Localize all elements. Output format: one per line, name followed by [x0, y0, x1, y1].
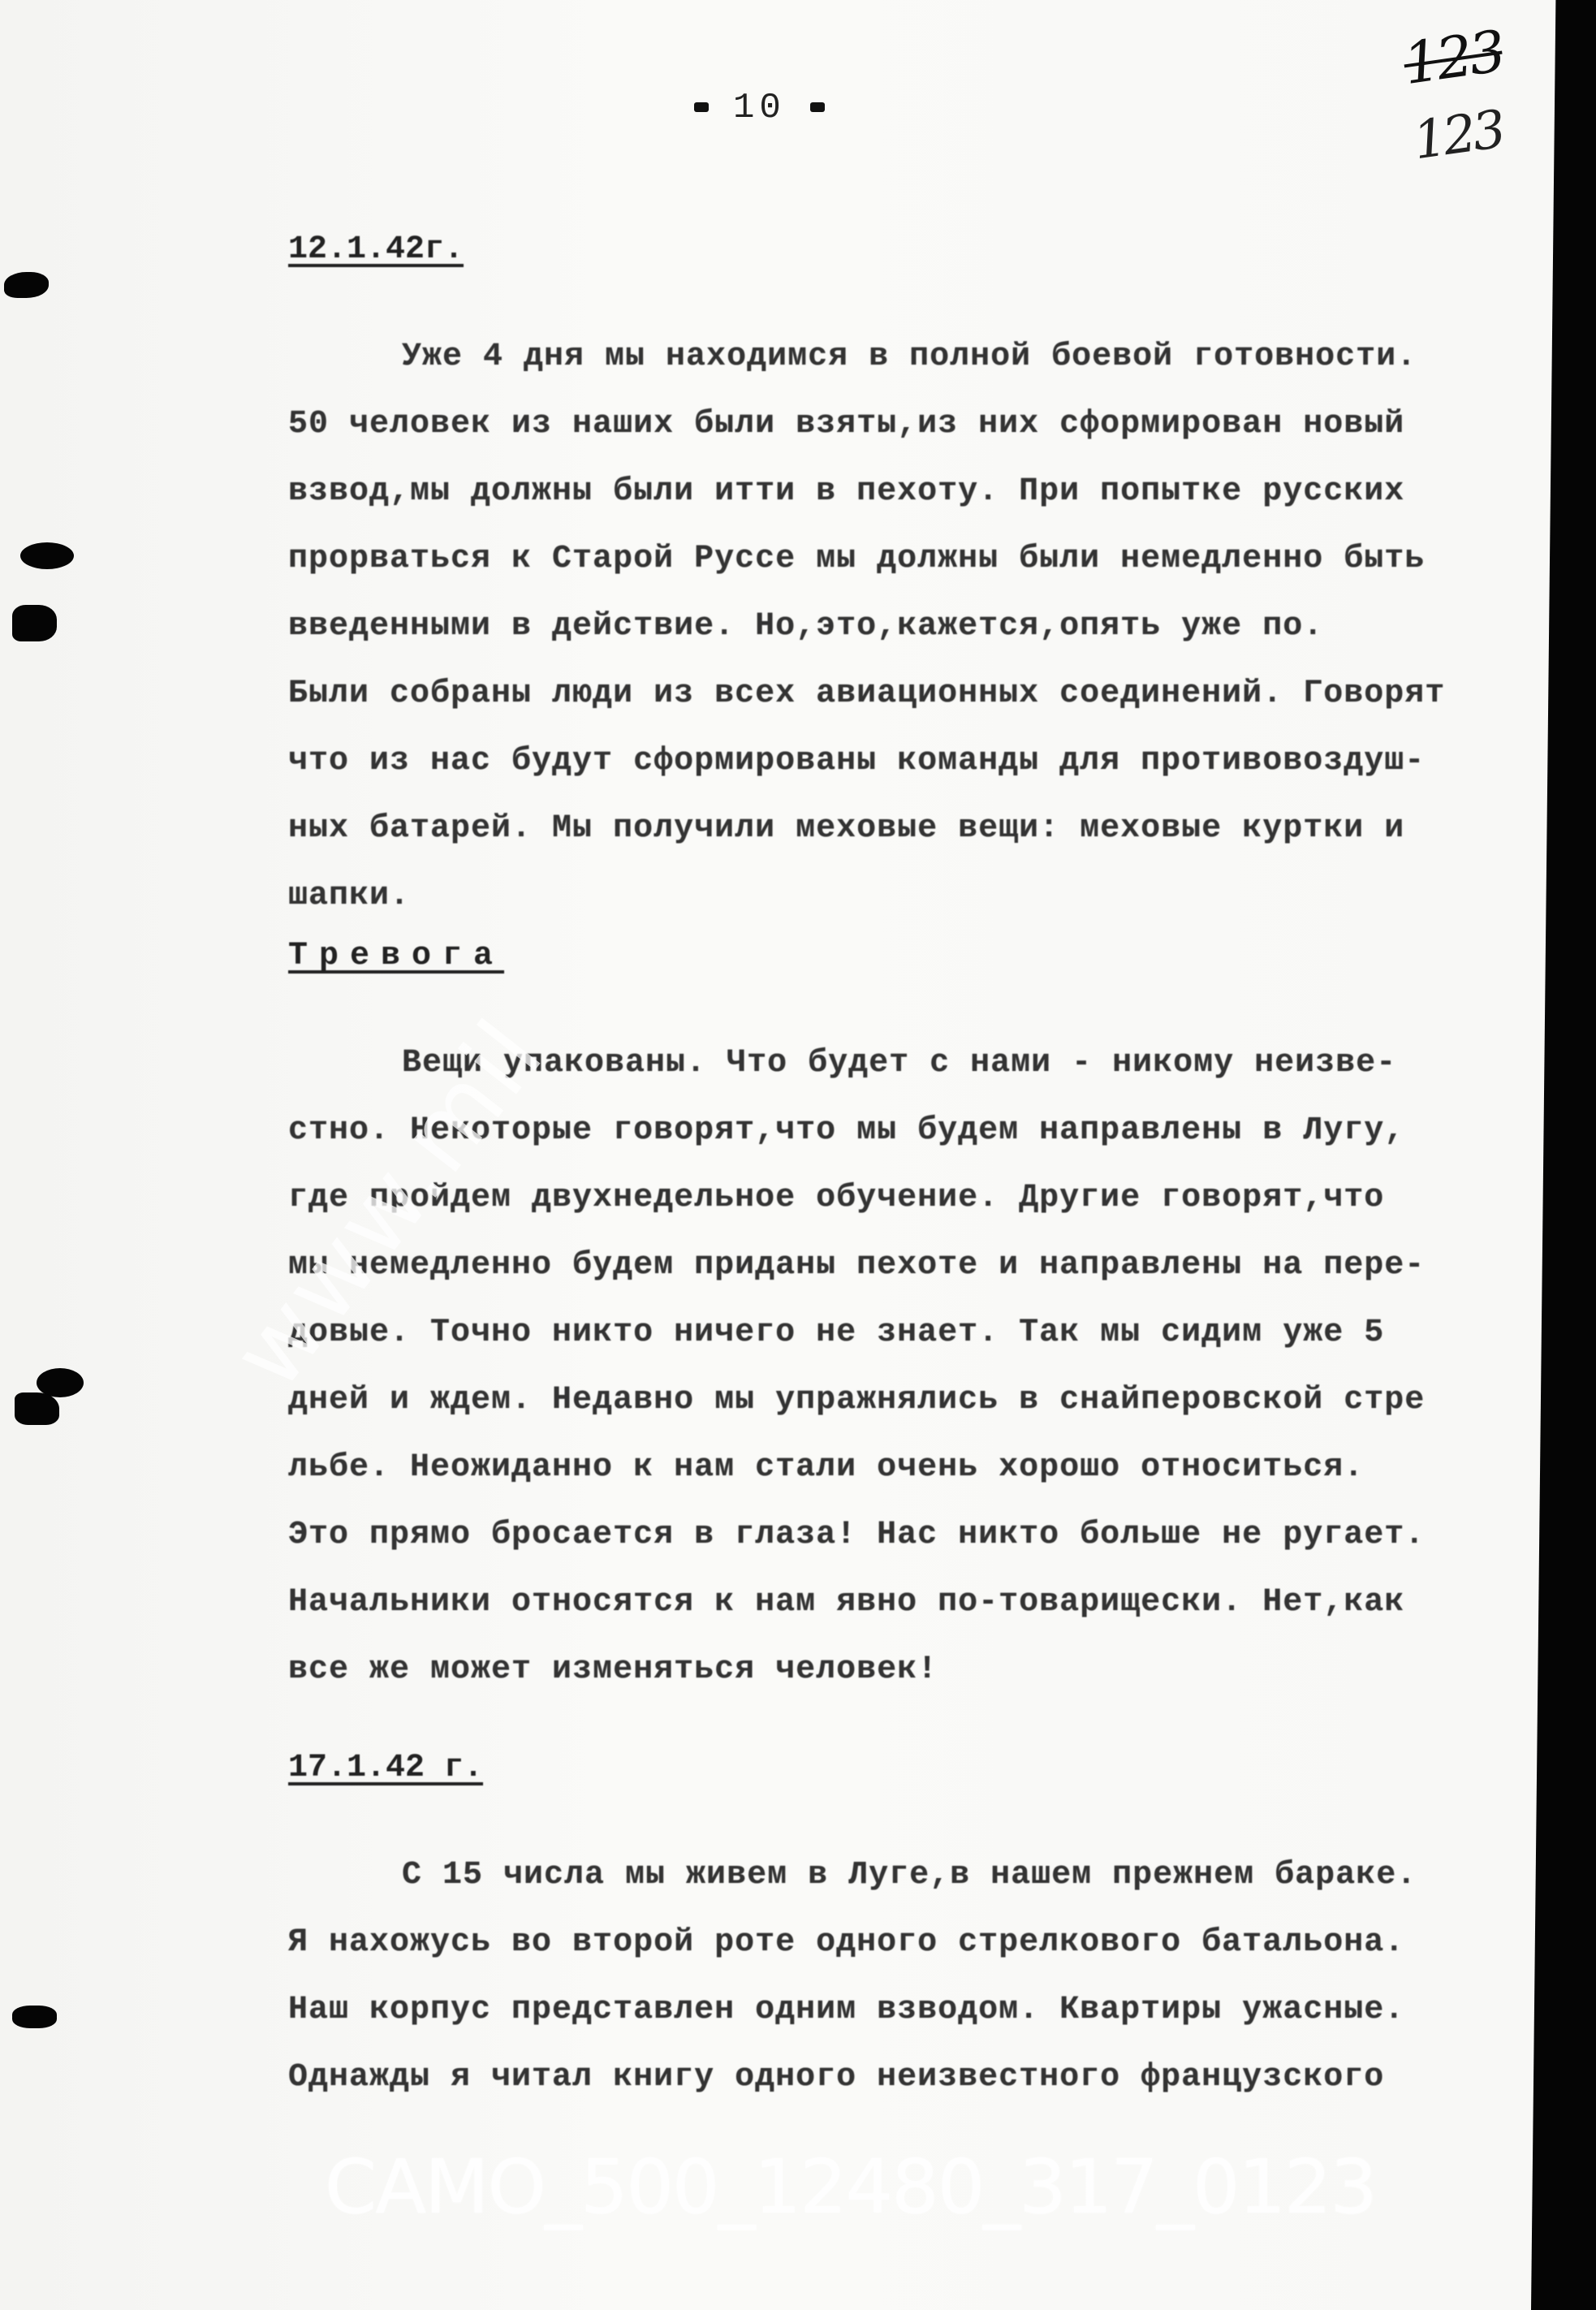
text-line: прорваться к Старой Руссе мы должны были…	[288, 525, 1530, 593]
text-line: взвод,мы должны были итти в пехоту. При …	[288, 458, 1530, 525]
text-line: шапки.	[288, 862, 1530, 930]
punch-hole	[4, 272, 49, 298]
punch-hole	[12, 2006, 57, 2028]
text-line: С 15 числа мы живем в Луге,в нашем прежн…	[288, 1842, 1530, 1909]
text-line: все же может изменяться человек!	[288, 1636, 1530, 1703]
punch-hole	[15, 1392, 59, 1425]
text-line: Начальники относятся к нам явно по-товар…	[288, 1569, 1530, 1636]
section-heading: Тревога	[288, 938, 504, 974]
text-line: Я нахожусь во второй роте одного стрелко…	[288, 1909, 1530, 1976]
archive-watermark: CAMO_500_12480_317_0123	[325, 2144, 1376, 2230]
text-line: Однажды я читал книгу одного неизвестног…	[288, 2044, 1530, 2111]
text-line: Наш корпус представлен одним взводом. Кв…	[288, 1976, 1530, 2044]
folio-number: 123	[1409, 100, 1506, 172]
entry-paragraph: С 15 числа мы живем в Луге,в нашем прежн…	[288, 1842, 1530, 2111]
entry-date: 17.1.42 г.	[288, 1750, 483, 1786]
page-number: 10	[670, 88, 849, 128]
text-line: Были собраны люди из всех авиационных со…	[288, 660, 1530, 728]
text-line: льбе. Неожиданно к нам стали очень хорош…	[288, 1434, 1530, 1501]
text-line: Уже 4 дня мы находимся в полной боевой г…	[288, 323, 1530, 391]
punch-hole	[20, 542, 74, 569]
text-line: довые. Точно никто ничего не знает. Так …	[288, 1299, 1530, 1367]
text-line: что из нас будут сформированы команды дл…	[288, 728, 1530, 795]
text-line: ных батарей. Мы получили меховые вещи: м…	[288, 795, 1530, 862]
text-line: дней и ждем. Недавно мы упражнялись в сн…	[288, 1367, 1530, 1434]
entry-paragraph: Уже 4 дня мы находимся в полной боевой г…	[288, 323, 1530, 930]
entry-date: 12.1.42г.	[288, 231, 464, 268]
text-line: мы немедленно будем приданы пехоте и нап…	[288, 1232, 1530, 1299]
folio-number-crossed: 123	[1400, 18, 1507, 97]
text-line: введенными в действие. Но,это,кажется,оп…	[288, 593, 1530, 660]
text-line: Это прямо бросается в глаза! Нас никто б…	[288, 1501, 1530, 1569]
text-line: 50 человек из наших были взяты,из них сф…	[288, 391, 1530, 458]
punch-hole	[12, 605, 57, 641]
